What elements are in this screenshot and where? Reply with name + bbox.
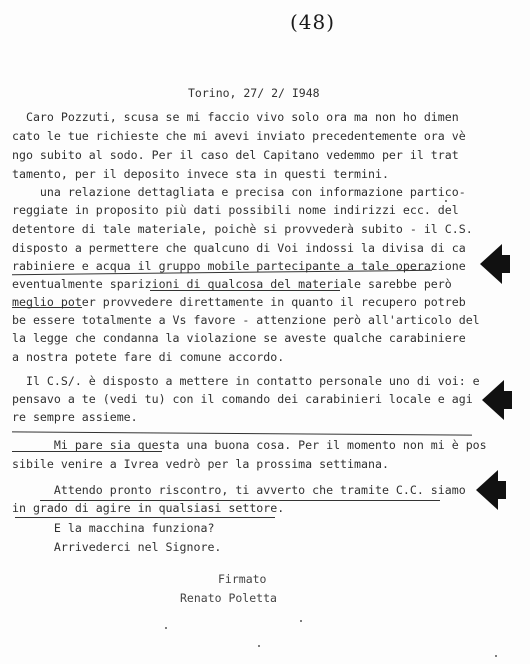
signature-label: Firmato bbox=[218, 572, 266, 586]
letter-line: tamento, per il deposito invece sta in q… bbox=[12, 167, 389, 181]
handwritten-underline bbox=[12, 451, 162, 452]
letter-line: disposto a permettere che qualcuno di Vo… bbox=[12, 241, 466, 255]
letter-line: E la macchina funziona? bbox=[12, 521, 214, 535]
letter-line: eventualmente sparizioni di qualcosa del… bbox=[12, 277, 452, 291]
letter-line: ngo subito al sodo. Per il caso del Capi… bbox=[12, 148, 459, 162]
letter-line: Arrivederci nel Signore. bbox=[12, 540, 221, 554]
margin-arrow-icon bbox=[480, 244, 502, 284]
scanned-letter-page: (48) Torino, 27/ 2/ I948 Caro Pozzuti, s… bbox=[0, 0, 530, 664]
letter-line: pensavo a te (vedi tu) con il comando de… bbox=[12, 392, 473, 406]
letter-line: Caro Pozzuti, scusa se mi faccio vivo so… bbox=[12, 110, 459, 124]
letter-date: Torino, 27/ 2/ I948 bbox=[188, 86, 320, 100]
handwritten-underline bbox=[12, 307, 82, 308]
signature-name: Renato Poletta bbox=[180, 591, 277, 605]
handwritten-underline bbox=[15, 517, 275, 518]
margin-arrow-icon bbox=[482, 380, 504, 420]
letter-line: be essere totalmente a Vs favore - atten… bbox=[12, 313, 480, 327]
letter-line: cato le tue richieste che mi avevi invia… bbox=[12, 129, 466, 143]
letter-line: detentore di tale materiale, poichè si p… bbox=[12, 222, 473, 236]
letter-line: sibile venire a Ivrea vedrò per la pross… bbox=[12, 457, 389, 471]
letter-line: Mi pare sia questa una buona cosa. Per i… bbox=[12, 438, 487, 452]
letter-line: a nostra potete fare di comune accordo. bbox=[12, 350, 284, 364]
handwritten-underline bbox=[40, 500, 440, 501]
handwritten-underline bbox=[12, 431, 472, 435]
handwritten-underline bbox=[150, 290, 340, 291]
letter-line: una relazione dettagliata e precisa con … bbox=[12, 185, 466, 199]
letter-line: in grado di agire in qualsiasi settore. bbox=[12, 501, 284, 515]
margin-arrow-icon bbox=[476, 470, 498, 510]
letter-line: Il C.S/. è disposto a mettere in contatt… bbox=[12, 374, 480, 388]
letter-line: re sempre assieme. bbox=[12, 410, 138, 424]
letter-line: reggiate in proposito più dati possibili… bbox=[12, 203, 459, 217]
letter-line: Attendo pronto riscontro, ti avverto che… bbox=[12, 483, 466, 497]
page-number: (48) bbox=[290, 10, 335, 34]
letter-line: la legge che condanna la violazione se a… bbox=[12, 331, 466, 345]
